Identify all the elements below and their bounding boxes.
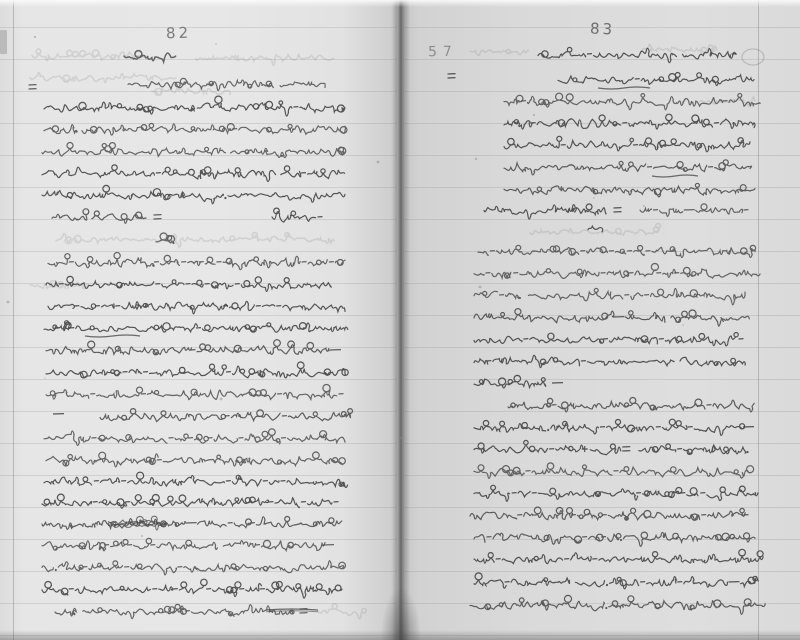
binding-gutter [392,0,410,640]
left-edge-patch [0,30,7,54]
page-number-left: 82 [166,24,192,43]
manuscript-scan: 82 83 57 [0,0,800,640]
page-number-right: 83 [590,20,616,39]
page-right [403,0,800,640]
bottom-edge-shadow [0,630,800,640]
margin-number: 57 [428,44,458,61]
left-page-margin-line [13,0,14,640]
page-left [0,0,397,640]
top-edge-highlight [0,0,800,7]
right-page-margin-line [758,0,759,640]
